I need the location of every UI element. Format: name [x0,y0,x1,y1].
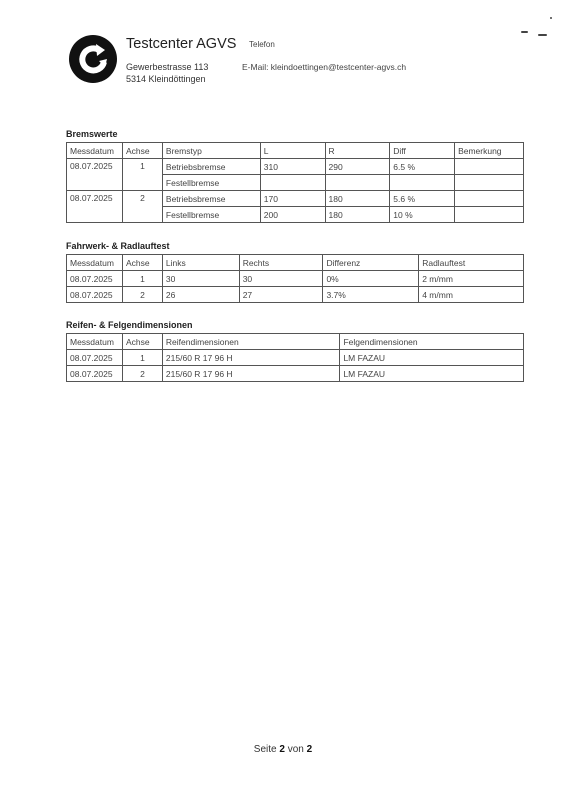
page-sep: von [288,744,304,755]
diff-cell [390,175,455,191]
reifendimension-cell: 215/60 R 17 96 H [162,350,340,366]
reifendimension-cell: 215/60 R 17 96 H [162,366,340,382]
column-header: Messdatum [67,255,123,271]
page-prefix: Seite [254,744,277,755]
diff-cell: 10 % [390,207,455,223]
column-header: Radlauftest [419,255,524,271]
circular-arrow-logo-icon [69,35,117,83]
achse-cell: 1 [122,271,162,287]
diff-cell: 5.6 % [390,191,455,207]
bemerkung-cell [455,175,524,191]
table-header-row: Messdatum Achse Reifendimensionen Felgen… [67,334,524,350]
reifen-table: Messdatum Achse Reifendimensionen Felgen… [66,333,524,382]
links-cell: 26 [162,287,239,303]
table-row: 08.07.2025 1 30 30 0% 2 m/mm [67,271,524,287]
felgendimension-cell: LM FAZAU [340,350,524,366]
table-row: 08.07.2025 2 Betriebsbremse 170 180 5.6 … [67,191,524,207]
column-header: Rechts [239,255,323,271]
column-header: Messdatum [67,143,123,159]
scan-mark [521,31,528,33]
column-header: Achse [122,334,162,350]
felgendimension-cell: LM FAZAU [340,366,524,382]
column-header: Bemerkung [455,143,524,159]
achse-cell: 2 [122,366,162,382]
company-name: Testcenter AGVS [126,36,236,52]
page-total: 2 [307,744,313,755]
column-header: Felgendimensionen [340,334,524,350]
links-cell: 30 [162,271,239,287]
column-header: Achse [122,255,162,271]
differenz-cell: 0% [323,271,419,287]
section-title-reifen: Reifen- & Felgendimensionen [66,320,193,330]
bremswerte-table: Messdatum Achse Bremstyp L R Diff Bemerk… [66,142,524,223]
company-address: Gewerbestrasse 113 5314 Kleindöttingen [126,62,208,85]
table-header-row: Messdatum Achse Bremstyp L R Diff Bemerk… [67,143,524,159]
scan-mark [538,34,547,36]
column-header: Bremstyp [162,143,260,159]
section-title-fahrwerk: Fahrwerk- & Radlauftest [66,241,170,251]
table-row: 08.07.2025 2 26 27 3.7% 4 m/mm [67,287,524,303]
phone-label: Telefon [249,40,275,49]
fahrwerk-table: Messdatum Achse Links Rechts Differenz R… [66,254,524,303]
table-row: 08.07.2025 1 215/60 R 17 96 H LM FAZAU [67,350,524,366]
differenz-cell: 3.7% [323,287,419,303]
email-line: E-Mail: kleindoettingen@testcenter-agvs.… [242,62,406,72]
messdatum-cell: 08.07.2025 [67,366,123,382]
column-header: Messdatum [67,334,123,350]
messdatum-cell: 08.07.2025 [67,191,123,223]
table-row: 08.07.2025 2 215/60 R 17 96 H LM FAZAU [67,366,524,382]
page-current: 2 [279,744,285,755]
table-row: 08.07.2025 1 Betriebsbremse 310 290 6.5 … [67,159,524,175]
r-cell: 180 [325,207,390,223]
column-header: Achse [122,143,162,159]
column-header: Differenz [323,255,419,271]
bemerkung-cell [455,191,524,207]
r-cell: 180 [325,191,390,207]
section-title-bremswerte: Bremswerte [66,129,118,139]
rechts-cell: 30 [239,271,323,287]
l-cell: 170 [260,191,325,207]
bremstyp-cell: Festellbremse [162,207,260,223]
radlauftest-cell: 2 m/mm [419,271,524,287]
scan-mark [550,17,552,19]
column-header: L [260,143,325,159]
achse-cell: 1 [122,350,162,366]
bremstyp-cell: Betriebsbremse [162,159,260,175]
r-cell: 290 [325,159,390,175]
street: Gewerbestrasse 113 [126,62,208,74]
bremstyp-cell: Betriebsbremse [162,191,260,207]
bremstyp-cell: Festellbremse [162,175,260,191]
table-header-row: Messdatum Achse Links Rechts Differenz R… [67,255,524,271]
r-cell [325,175,390,191]
diff-cell: 6.5 % [390,159,455,175]
achse-cell: 2 [122,191,162,223]
column-header: Links [162,255,239,271]
achse-cell: 2 [122,287,162,303]
rechts-cell: 27 [239,287,323,303]
messdatum-cell: 08.07.2025 [67,350,123,366]
column-header: Reifendimensionen [162,334,340,350]
radlauftest-cell: 4 m/mm [419,287,524,303]
l-cell [260,175,325,191]
messdatum-cell: 08.07.2025 [67,159,123,191]
page-number: Seite 2 von 2 [0,744,566,755]
bemerkung-cell [455,207,524,223]
achse-cell: 1 [122,159,162,191]
bemerkung-cell [455,159,524,175]
messdatum-cell: 08.07.2025 [67,287,123,303]
l-cell: 200 [260,207,325,223]
l-cell: 310 [260,159,325,175]
city: 5314 Kleindöttingen [126,74,208,86]
column-header: R [325,143,390,159]
column-header: Diff [390,143,455,159]
messdatum-cell: 08.07.2025 [67,271,123,287]
